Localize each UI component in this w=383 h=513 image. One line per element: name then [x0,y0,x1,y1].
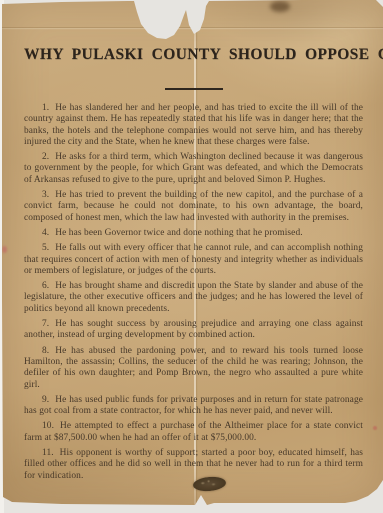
paragraph-2: 2.He asks for a third term, which Washin… [24,152,363,186]
paragraph-number: 7. [42,319,49,329]
paragraph-number: 9. [42,395,49,405]
paragraph-text: He asks for a third term, which Washingt… [24,152,363,185]
paragraph-8: 8.He has abused the pardoning power, and… [24,346,363,391]
paragraph-7: 7.He has sought success by arousing prej… [24,319,363,342]
paragraph-number: 10. [42,421,54,431]
paragraph-3: 3.He has tried to prevent the building o… [24,190,363,224]
paragraph-number: 3. [42,190,49,200]
paragraph-text: He has been Governor twice and done noth… [55,228,302,238]
paragraph-number: 11. [42,448,54,458]
paragraph-number: 8. [42,346,49,356]
paragraph-9: 9.He has used public funds for private p… [24,395,363,418]
scanned-document-page: WHY PULASKI COUNTY SHOULD OPPOSE GOV. DA… [0,0,383,513]
title-divider-rule [165,88,223,90]
paragraph-5: 5.He falls out with every officer that h… [24,243,363,277]
paragraph-1: 1.He has slandered her and her people, a… [24,103,363,148]
paragraph-6: 6.He has brought shame and discredit upo… [24,281,363,315]
paragraph-number: 4. [42,228,49,238]
paragraph-text: His opponent is worthy of support; start… [24,448,363,481]
paragraph-number: 1. [42,103,49,113]
paragraph-text: He has abused the pardoning power, and t… [24,346,363,390]
paragraph-list: 1.He has slandered her and her people, a… [24,103,363,482]
paragraph-number: 5. [42,243,49,253]
paragraph-text: He has tried to prevent the building of … [24,190,363,223]
paragraph-number: 2. [42,152,49,162]
paragraph-11: 11.His opponent is worthy of support; st… [24,448,363,482]
paragraph-text: He has sought success by arousing prejud… [24,319,363,340]
document-content: WHY PULASKI COUNTY SHOULD OPPOSE GOV. DA… [2,0,383,506]
paragraph-text: He falls out with every officer that he … [24,243,363,276]
paragraph-4: 4.He has been Governor twice and done no… [24,228,363,239]
paragraph-text: He has slandered her and her people, and… [24,103,363,147]
aged-paper-sheet: WHY PULASKI COUNTY SHOULD OPPOSE GOV. DA… [2,0,383,506]
document-title: WHY PULASKI COUNTY SHOULD OPPOSE GOV. DA… [24,45,363,65]
paragraph-10: 10.He attempted to effect a purchase of … [24,421,363,444]
paragraph-number: 6. [42,281,49,291]
paragraph-text: He attempted to effect a purchase of the… [24,421,363,442]
paragraph-text: He has brought shame and discredit upon … [24,281,363,314]
paragraph-text: He has used public funds for private pur… [24,395,363,416]
